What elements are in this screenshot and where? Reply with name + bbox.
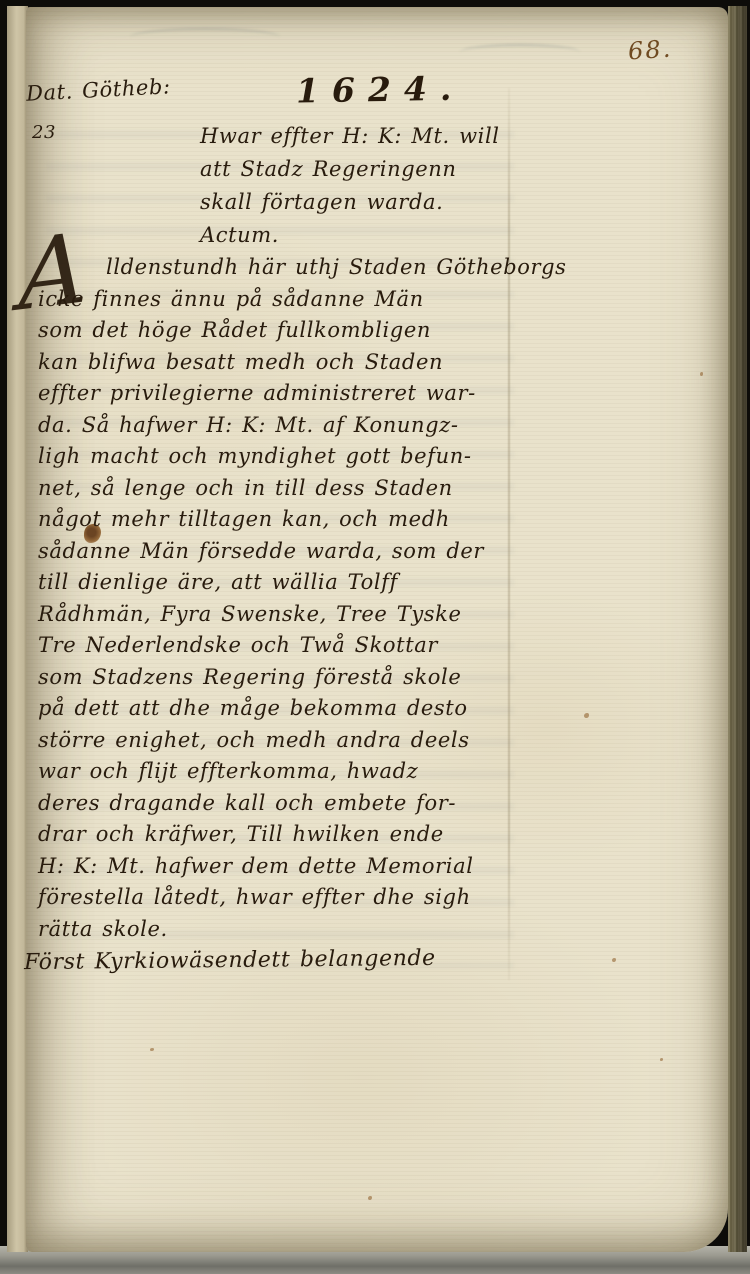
heading-line: Hwar effter H: K: Mt. will (200, 120, 500, 153)
body-line: sådanne Män försedde warda, som der (30, 536, 567, 568)
margin-note-number: 23 (32, 122, 56, 143)
body-line: på dett att dhe måge bekomma desto (30, 693, 567, 725)
heading: Hwar effter H: K: Mt. will att Stadz Reg… (200, 120, 500, 252)
body-line: kan blifwa besatt medh och Staden (30, 347, 567, 379)
heading-line: att Stadz Regeringenn (200, 153, 500, 186)
closing-line: Först Kyrkiowäsendett belangende (24, 946, 436, 975)
body-line: lldenstundh här uthj Staden Götheborgs (30, 252, 567, 284)
body-line: till dienlige äre, att wällia Tolff (30, 567, 567, 599)
manuscript-scan: 68. Dat. Götheb: 23 1624. Hwar effter H:… (0, 0, 750, 1274)
year-heading: 1624. (296, 69, 465, 111)
folio-number: 68. (627, 34, 673, 65)
body-line: som Stadzens Regering förestå skole (30, 662, 567, 694)
body-line: större enighet, och medh andra deels (30, 725, 567, 757)
body-line: da. Så hafwer H: K: Mt. af Konungz- (30, 410, 567, 442)
body-line: Tre Nederlendske och Twå Skottar (30, 630, 567, 662)
book-fore-edge (728, 6, 747, 1252)
heading-line: Actum. (200, 219, 500, 252)
graphite-smudge (130, 28, 280, 46)
body-line: förestella låtedt, hwar effter dhe sigh (30, 882, 567, 914)
body-line: drar och kräfwer, Till hwilken ende (30, 819, 567, 851)
body-line: war och flijt effterkomma, hwadz (30, 756, 567, 788)
body-line: som det höge Rådet fullkombligen (30, 315, 567, 347)
body-line: H: K: Mt. hafwer dem dette Memorial (30, 851, 567, 883)
body-line: deres dragande kall och embete for- (30, 788, 567, 820)
heading-line: skall förtagen warda. (200, 186, 500, 219)
body-line: effter privilegierne administreret war- (30, 378, 567, 410)
body-line: rätta skole. (30, 914, 567, 946)
graphite-smudge (460, 44, 580, 60)
initial-capital: A (17, 219, 88, 324)
body-text: lldenstundh här uthj Staden Götheborgs i… (30, 252, 567, 945)
body-line: något mehr tilltagen kan, och medh (30, 504, 567, 536)
previous-page-edge (7, 6, 28, 1252)
body-line: icke finnes ännu på sådanne Män (30, 284, 567, 316)
body-line: ligh macht och myndighet gott befun- (30, 441, 567, 473)
body-line: net, så lenge och in till dess Staden (30, 473, 567, 505)
body-line: Rådhmän, Fyra Swenske, Tree Tyske (30, 599, 567, 631)
